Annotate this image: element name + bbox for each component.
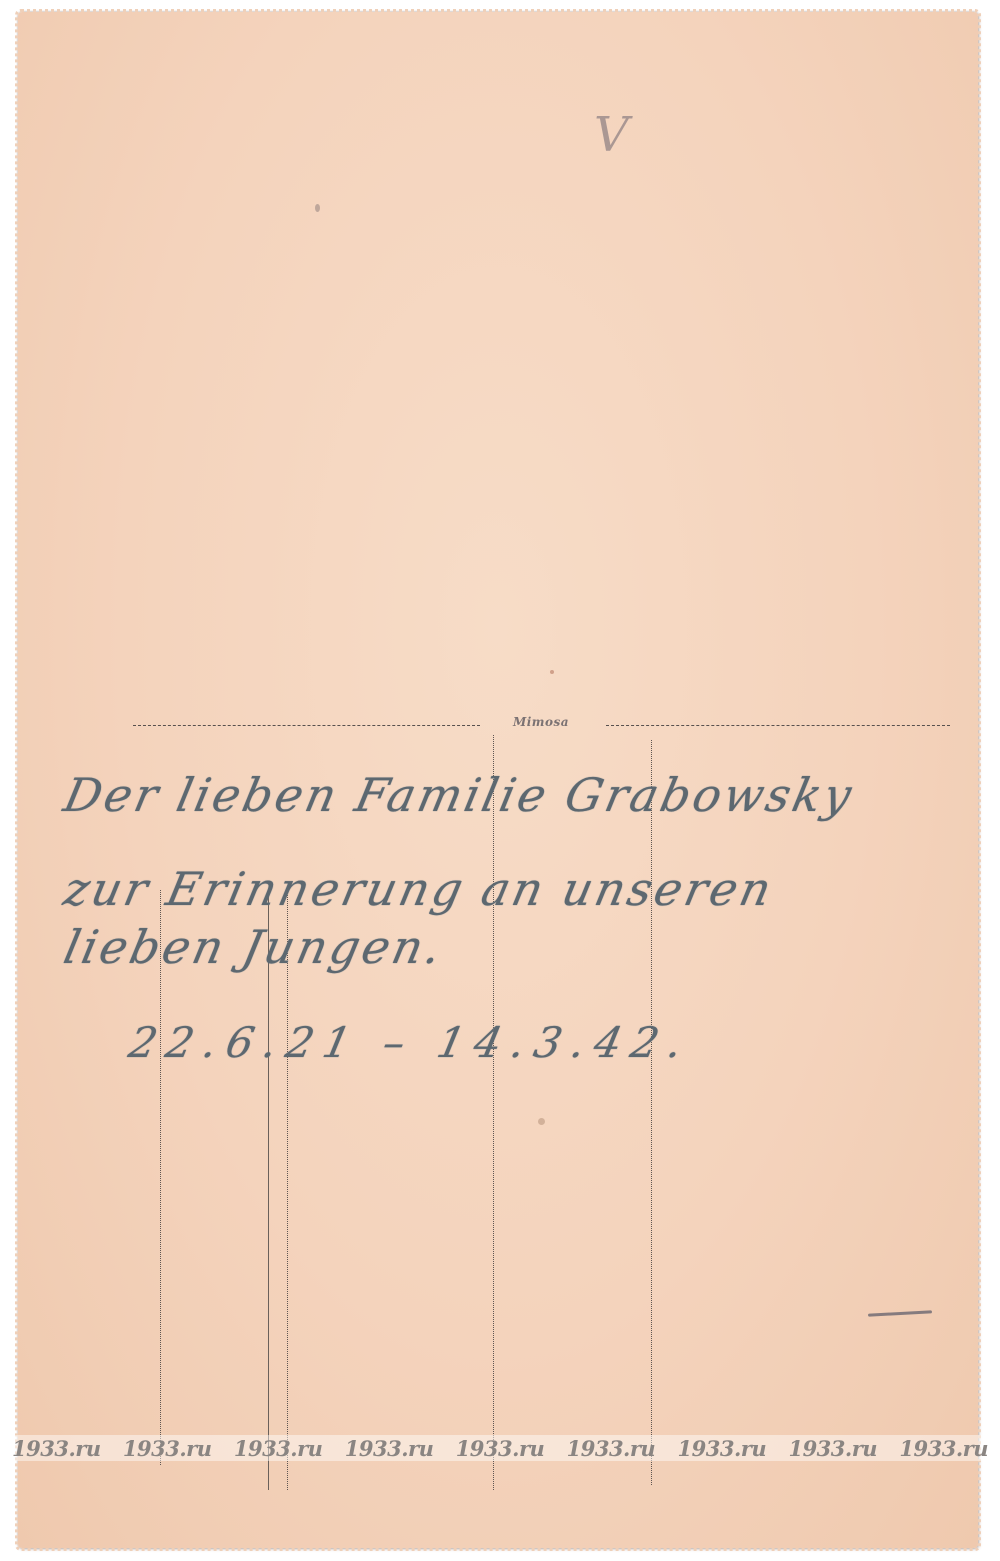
header-rule-right <box>606 725 950 726</box>
handwritten-line-2: zur Erinnerung an unseren <box>59 862 779 916</box>
watermark-text: 1933.ru <box>678 1436 767 1461</box>
watermark-text: 1933.ru <box>899 1436 988 1461</box>
watermark-text: 1933.ru <box>567 1436 656 1461</box>
watermark-text: 1933.ru <box>345 1436 434 1461</box>
paper-speck <box>538 1118 545 1125</box>
column-divider <box>493 735 494 1490</box>
column-divider <box>160 890 161 1465</box>
watermark-band: 1933.ru 1933.ru 1933.ru 1933.ru 1933.ru … <box>0 1435 1000 1461</box>
column-divider <box>651 740 652 1485</box>
watermark-text: 1933.ru <box>456 1436 545 1461</box>
pencil-check-mark: V <box>594 105 634 165</box>
watermark-text: 1933.ru <box>234 1436 323 1461</box>
handwritten-line-3: lieben Jungen. <box>59 920 449 974</box>
handwritten-dates: 22.6.21 – 14.3.42. <box>125 1018 697 1067</box>
paper-speck <box>550 670 554 674</box>
watermark-text: 1933.ru <box>788 1436 877 1461</box>
handwritten-line-1: Der lieben Familie Grabowsky <box>59 768 859 822</box>
paper-speck <box>315 204 320 212</box>
printed-brand-mark: Mimosa <box>493 715 589 729</box>
watermark-text: 1933.ru <box>12 1436 101 1461</box>
column-divider <box>287 890 288 1490</box>
column-divider-solid <box>268 890 269 1490</box>
header-rule-left <box>133 725 480 726</box>
watermark-text: 1933.ru <box>123 1436 212 1461</box>
